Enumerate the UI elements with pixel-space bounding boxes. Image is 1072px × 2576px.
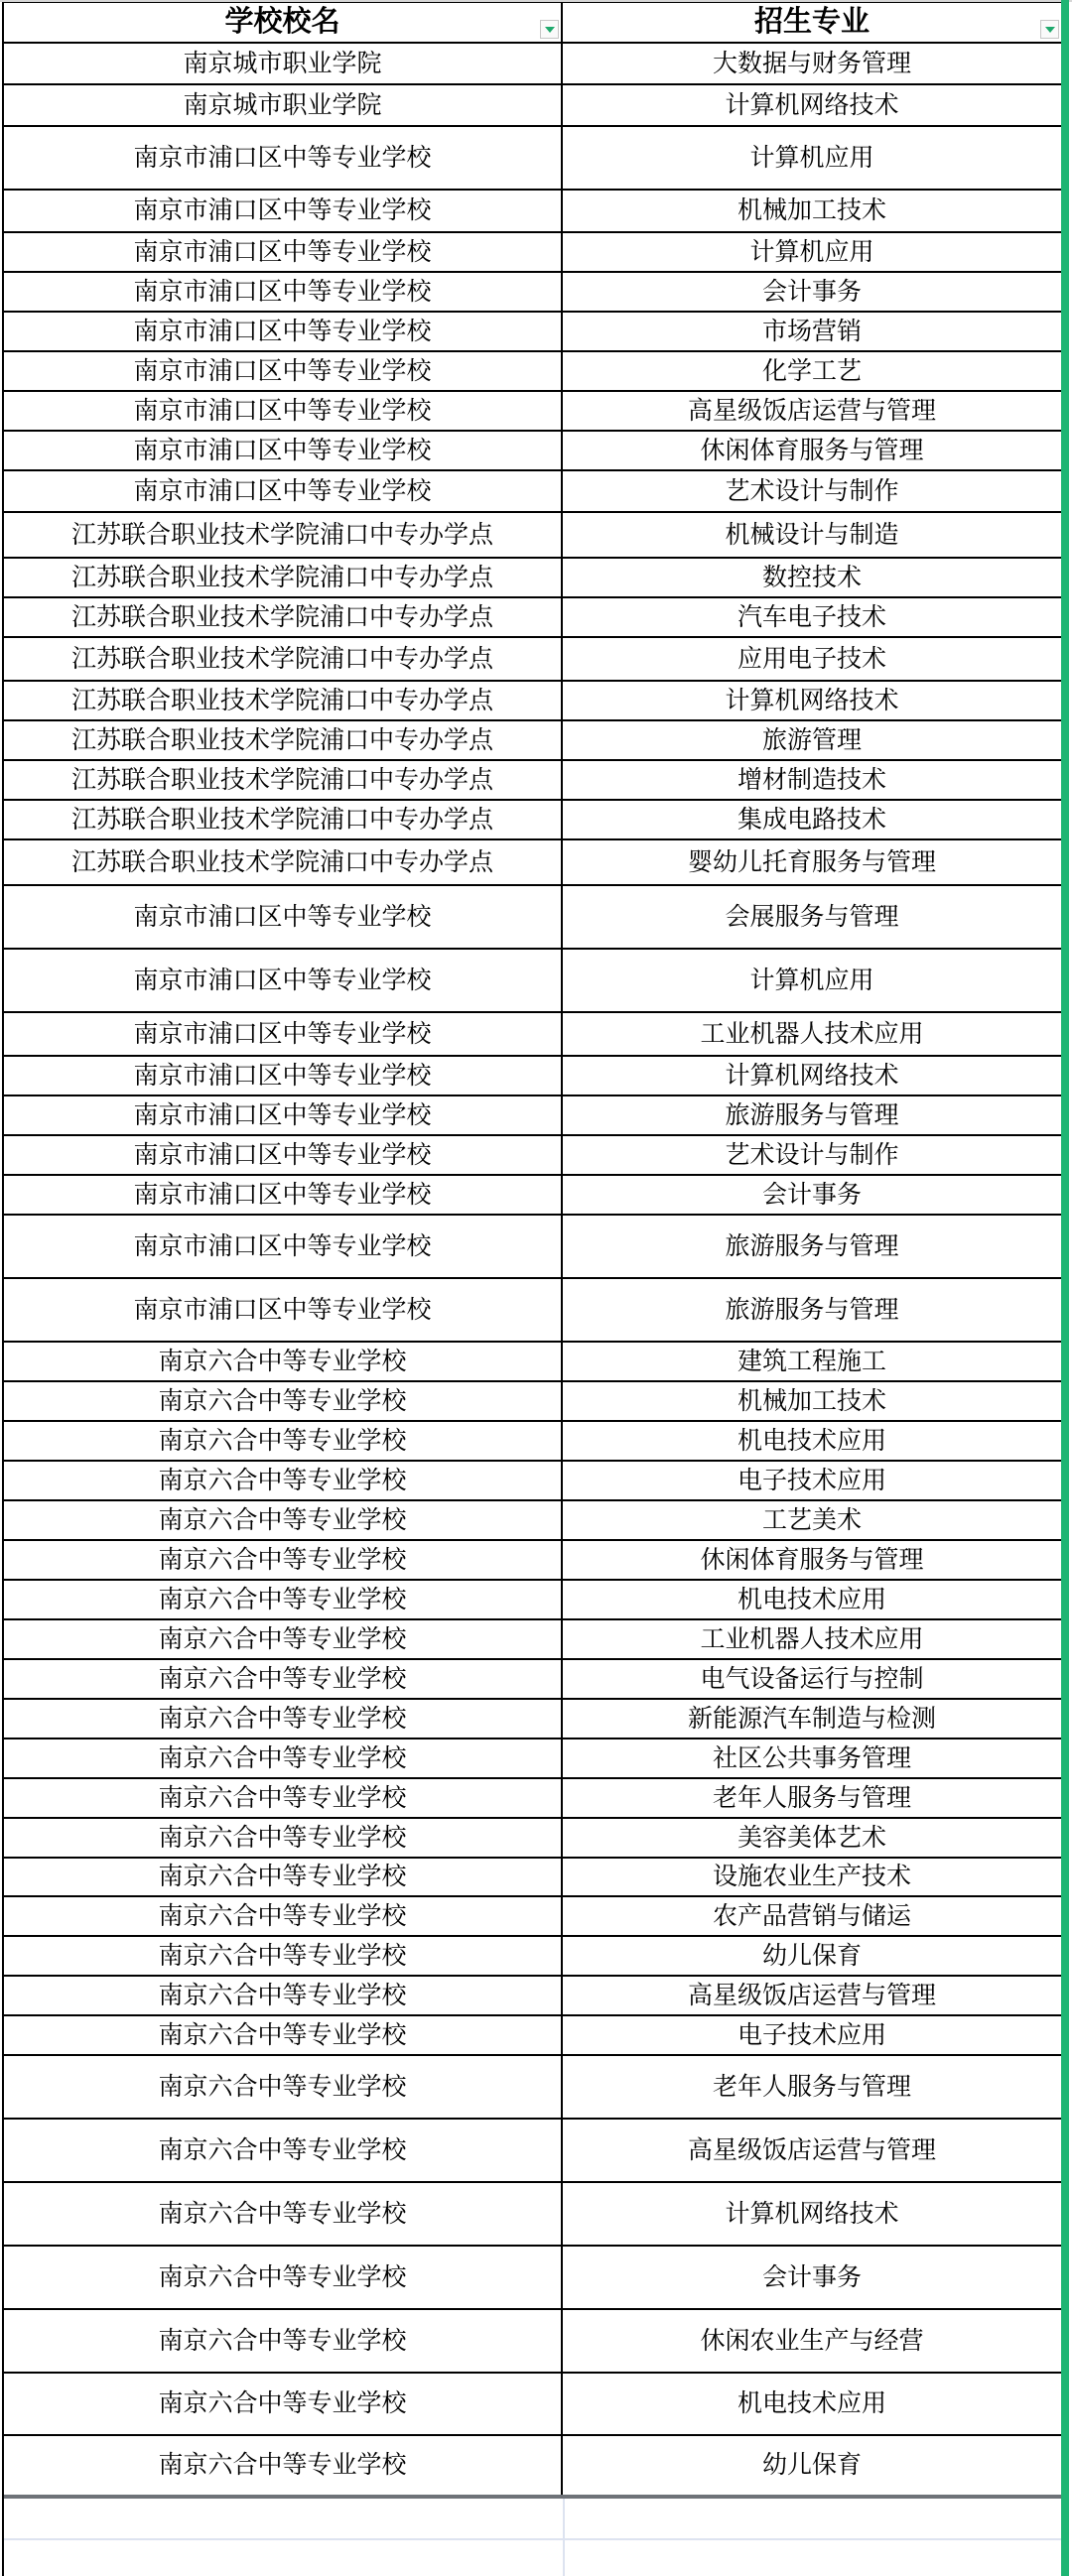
school-cell[interactable]: 南京六合中等专业学校 <box>4 2120 563 2181</box>
enrollment-table: 学校校名 招生专业 南京城市职业学院 大数据与财务管理 南京城市职业学院 计算机… <box>2 1 1061 2576</box>
major-cell[interactable]: 高星级饭店运营与管理 <box>563 2120 1061 2181</box>
table-row: 江苏联合职业技术学院浦口中专办学点 机械设计与制造 <box>4 513 1061 559</box>
school-cell[interactable]: 南京市浦口区中等专业学校 <box>4 392 563 430</box>
table-header-row: 学校校名 招生专业 <box>4 3 1061 44</box>
school-cell[interactable]: 南京六合中等专业学校 <box>4 1660 563 1698</box>
school-cell[interactable]: 江苏联合职业技术学院浦口中专办学点 <box>4 598 563 636</box>
school-cell[interactable]: 南京六合中等专业学校 <box>4 2016 563 2054</box>
school-cell[interactable]: 南京六合中等专业学校 <box>4 1382 563 1420</box>
school-cell[interactable]: 南京市浦口区中等专业学校 <box>4 886 563 948</box>
chevron-down-icon <box>1045 27 1055 33</box>
major-cell[interactable]: 会计事务 <box>563 1176 1061 1214</box>
table-row: 江苏联合职业技术学院浦口中专办学点 计算机网络技术 <box>4 682 1061 721</box>
school-cell[interactable]: 江苏联合职业技术学院浦口中专办学点 <box>4 559 563 596</box>
major-cell[interactable]: 电子技术应用 <box>563 1462 1061 1499</box>
school-cell[interactable]: 南京六合中等专业学校 <box>4 1620 563 1658</box>
table-row: 南京市浦口区中等专业学校 市场营销 <box>4 313 1061 352</box>
table-row: 南京市浦口区中等专业学校 会计事务 <box>4 273 1061 313</box>
school-cell[interactable]: 南京六合中等专业学校 <box>4 2310 563 2372</box>
table-row: 南京六合中等专业学校 机电技术应用 <box>4 1581 1061 1620</box>
table-row: 南京六合中等专业学校 机电技术应用 <box>4 2374 1061 2436</box>
header-cell-major[interactable]: 招生专业 <box>563 3 1061 42</box>
table-row: 南京六合中等专业学校 设施农业生产技术 <box>4 1859 1061 1897</box>
school-cell[interactable]: 江苏联合职业技术学院浦口中专办学点 <box>4 513 563 557</box>
chevron-down-icon <box>545 27 555 33</box>
school-cell[interactable]: 南京六合中等专业学校 <box>4 1779 563 1817</box>
school-cell[interactable]: 江苏联合职业技术学院浦口中专办学点 <box>4 801 563 838</box>
major-cell[interactable]: 计算机应用 <box>563 127 1061 189</box>
major-cell[interactable]: 艺术设计与制作 <box>563 471 1061 511</box>
major-cell[interactable]: 会计事务 <box>563 273 1061 311</box>
major-cell[interactable]: 电子技术应用 <box>563 2016 1061 2054</box>
table-row: 南京六合中等专业学校 老年人服务与管理 <box>4 2056 1061 2120</box>
table-row: 南京六合中等专业学校 电子技术应用 <box>4 1462 1061 1501</box>
school-cell[interactable]: 南京六合中等专业学校 <box>4 1859 563 1895</box>
table-row: 南京六合中等专业学校 工业机器人技术应用 <box>4 1620 1061 1660</box>
major-cell[interactable]: 社区公共事务管理 <box>563 1739 1061 1777</box>
major-cell[interactable]: 计算机网络技术 <box>563 85 1061 125</box>
table-row: 南京六合中等专业学校 建筑工程施工 <box>4 1343 1061 1382</box>
major-cell[interactable]: 休闲体育服务与管理 <box>563 432 1061 469</box>
major-cell[interactable]: 高星级饭店运营与管理 <box>563 1977 1061 2014</box>
table-row: 江苏联合职业技术学院浦口中专办学点 增材制造技术 <box>4 761 1061 801</box>
major-cell[interactable]: 高星级饭店运营与管理 <box>563 392 1061 430</box>
gridline-vertical <box>563 2499 565 2576</box>
table-row: 南京市浦口区中等专业学校 机械加工技术 <box>4 191 1061 233</box>
major-cell[interactable]: 旅游管理 <box>563 721 1061 759</box>
table-row: 南京城市职业学院 大数据与财务管理 <box>4 44 1061 85</box>
table-row: 南京市浦口区中等专业学校 化学工艺 <box>4 352 1061 392</box>
major-cell[interactable]: 机械加工技术 <box>563 191 1061 231</box>
school-cell[interactable]: 江苏联合职业技术学院浦口中专办学点 <box>4 761 563 799</box>
major-cell[interactable]: 集成电路技术 <box>563 801 1061 838</box>
table-row: 南京六合中等专业学校 电气设备运行与控制 <box>4 1660 1061 1700</box>
table-row: 南京六合中等专业学校 幼儿保育 <box>4 2436 1061 2499</box>
table-row: 南京市浦口区中等专业学校 会展服务与管理 <box>4 886 1061 950</box>
school-cell[interactable]: 南京市浦口区中等专业学校 <box>4 950 563 1011</box>
major-cell[interactable]: 应用电子技术 <box>563 638 1061 680</box>
school-cell[interactable]: 南京六合中等专业学校 <box>4 1581 563 1618</box>
table-row: 南京六合中等专业学校 计算机网络技术 <box>4 2183 1061 2247</box>
school-cell[interactable]: 南京市浦口区中等专业学校 <box>4 1216 563 1277</box>
table-row: 南京市浦口区中等专业学校 旅游服务与管理 <box>4 1216 1061 1279</box>
table-row: 南京市浦口区中等专业学校 计算机应用 <box>4 233 1061 273</box>
major-cell[interactable]: 化学工艺 <box>563 352 1061 390</box>
spreadsheet-view: 学校校名 招生专业 南京城市职业学院 大数据与财务管理 南京城市职业学院 计算机… <box>0 0 1072 2576</box>
school-cell[interactable]: 江苏联合职业技术学院浦口中专办学点 <box>4 638 563 680</box>
school-cell[interactable]: 南京六合中等专业学校 <box>4 1700 563 1738</box>
table-row: 南京市浦口区中等专业学校 会计事务 <box>4 1176 1061 1216</box>
school-cell[interactable]: 南京六合中等专业学校 <box>4 1422 563 1460</box>
table-row: 南京市浦口区中等专业学校 艺术设计与制作 <box>4 471 1061 513</box>
school-cell[interactable]: 南京六合中等专业学校 <box>4 1462 563 1499</box>
school-cell[interactable]: 南京六合中等专业学校 <box>4 1819 563 1857</box>
major-cell[interactable]: 休闲体育服务与管理 <box>563 1541 1061 1579</box>
school-cell[interactable]: 南京六合中等专业学校 <box>4 1897 563 1935</box>
school-cell[interactable]: 南京六合中等专业学校 <box>4 2056 563 2118</box>
major-cell[interactable]: 婴幼儿托育服务与管理 <box>563 840 1061 884</box>
table-row: 江苏联合职业技术学院浦口中专办学点 汽车电子技术 <box>4 598 1061 638</box>
table-row: 南京市浦口区中等专业学校 计算机应用 <box>4 950 1061 1013</box>
header-label-major: 招生专业 <box>754 6 870 39</box>
school-cell[interactable]: 南京市浦口区中等专业学校 <box>4 191 563 231</box>
header-cell-school[interactable]: 学校校名 <box>4 3 563 42</box>
school-cell[interactable]: 江苏联合职业技术学院浦口中专办学点 <box>4 682 563 719</box>
major-cell[interactable]: 幼儿保育 <box>563 1937 1061 1975</box>
school-cell[interactable]: 南京市浦口区中等专业学校 <box>4 127 563 189</box>
table-row: 南京六合中等专业学校 休闲农业生产与经营 <box>4 2310 1061 2374</box>
table-row: 南京六合中等专业学校 高星级饭店运营与管理 <box>4 1977 1061 2016</box>
major-cell[interactable]: 机械设计与制造 <box>563 513 1061 557</box>
table-row: 南京市浦口区中等专业学校 工业机器人技术应用 <box>4 1013 1061 1057</box>
major-cell[interactable]: 机械加工技术 <box>563 1382 1061 1420</box>
table-row: 南京六合中等专业学校 工艺美术 <box>4 1501 1061 1541</box>
major-cell[interactable]: 会计事务 <box>563 2247 1061 2308</box>
major-cell[interactable]: 旅游服务与管理 <box>563 1216 1061 1277</box>
school-cell[interactable]: 南京市浦口区中等专业学校 <box>4 273 563 311</box>
major-cell[interactable]: 增材制造技术 <box>563 761 1061 799</box>
school-cell[interactable]: 南京六合中等专业学校 <box>4 2374 563 2434</box>
table-row: 江苏联合职业技术学院浦口中专办学点 旅游管理 <box>4 721 1061 761</box>
school-cell[interactable]: 南京六合中等专业学校 <box>4 1501 563 1539</box>
major-cell[interactable]: 市场营销 <box>563 313 1061 350</box>
school-cell[interactable]: 南京市浦口区中等专业学校 <box>4 352 563 390</box>
school-cell[interactable]: 南京城市职业学院 <box>4 44 563 83</box>
major-cell[interactable]: 农产品营销与储运 <box>563 1897 1061 1935</box>
major-cell[interactable]: 机电技术应用 <box>563 2374 1061 2434</box>
school-cell[interactable]: 江苏联合职业技术学院浦口中专办学点 <box>4 840 563 884</box>
filter-button-major[interactable] <box>1040 20 1059 39</box>
school-cell[interactable]: 南京市浦口区中等专业学校 <box>4 1096 563 1134</box>
table-row: 南京市浦口区中等专业学校 计算机应用 <box>4 127 1061 191</box>
selection-border-right <box>1061 0 1069 2576</box>
table-row: 南京六合中等专业学校 高星级饭店运营与管理 <box>4 2120 1061 2183</box>
major-cell[interactable]: 工业机器人技术应用 <box>563 1013 1061 1055</box>
school-cell[interactable]: 南京六合中等专业学校 <box>4 1541 563 1579</box>
major-cell[interactable]: 计算机网络技术 <box>563 2183 1061 2245</box>
major-cell[interactable]: 艺术设计与制作 <box>563 1136 1061 1174</box>
school-cell[interactable]: 南京六合中等专业学校 <box>4 1739 563 1777</box>
table-row: 南京市浦口区中等专业学校 高星级饭店运营与管理 <box>4 392 1061 432</box>
major-cell[interactable]: 汽车电子技术 <box>563 598 1061 636</box>
table-row: 南京城市职业学院 计算机网络技术 <box>4 85 1061 127</box>
school-cell[interactable]: 南京市浦口区中等专业学校 <box>4 313 563 350</box>
major-cell[interactable]: 工业机器人技术应用 <box>563 1620 1061 1658</box>
school-cell[interactable]: 南京六合中等专业学校 <box>4 2183 563 2245</box>
school-cell[interactable]: 南京六合中等专业学校 <box>4 1977 563 2014</box>
school-cell[interactable]: 南京六合中等专业学校 <box>4 1937 563 1975</box>
major-cell[interactable]: 机电技术应用 <box>563 1581 1061 1618</box>
table-row: 南京六合中等专业学校 会计事务 <box>4 2247 1061 2310</box>
major-cell[interactable]: 电气设备运行与控制 <box>563 1660 1061 1698</box>
table-row: 南京市浦口区中等专业学校 旅游服务与管理 <box>4 1096 1061 1136</box>
major-cell[interactable]: 老年人服务与管理 <box>563 2056 1061 2118</box>
table-row: 南京六合中等专业学校 农产品营销与储运 <box>4 1897 1061 1937</box>
empty-rows-area[interactable] <box>4 2499 1061 2576</box>
school-cell[interactable]: 江苏联合职业技术学院浦口中专办学点 <box>4 721 563 759</box>
major-cell[interactable]: 工艺美术 <box>563 1501 1061 1539</box>
table-row: 南京六合中等专业学校 电子技术应用 <box>4 2016 1061 2056</box>
major-cell[interactable]: 幼儿保育 <box>563 2436 1061 2495</box>
table-row: 南京六合中等专业学校 社区公共事务管理 <box>4 1739 1061 1779</box>
table-row: 南京六合中等专业学校 机电技术应用 <box>4 1422 1061 1462</box>
major-cell[interactable]: 计算机网络技术 <box>563 682 1061 719</box>
school-cell[interactable]: 南京市浦口区中等专业学校 <box>4 1279 563 1341</box>
major-cell[interactable]: 美容美体艺术 <box>563 1819 1061 1857</box>
major-cell[interactable]: 机电技术应用 <box>563 1422 1061 1460</box>
major-cell[interactable]: 休闲农业生产与经营 <box>563 2310 1061 2372</box>
school-cell[interactable]: 南京市浦口区中等专业学校 <box>4 432 563 469</box>
school-cell[interactable]: 南京六合中等专业学校 <box>4 2436 563 2495</box>
table-row: 南京六合中等专业学校 新能源汽车制造与检测 <box>4 1700 1061 1739</box>
table-row: 江苏联合职业技术学院浦口中专办学点 数控技术 <box>4 559 1061 598</box>
table-row: 南京六合中等专业学校 老年人服务与管理 <box>4 1779 1061 1819</box>
major-cell[interactable]: 数控技术 <box>563 559 1061 596</box>
school-cell[interactable]: 南京六合中等专业学校 <box>4 1343 563 1380</box>
table-row: 江苏联合职业技术学院浦口中专办学点 婴幼儿托育服务与管理 <box>4 840 1061 886</box>
school-cell[interactable]: 南京市浦口区中等专业学校 <box>4 471 563 511</box>
top-edge-strip <box>0 0 1072 2</box>
major-cell[interactable]: 计算机网络技术 <box>563 1057 1061 1095</box>
gridline-horizontal <box>4 2538 1061 2540</box>
header-label-school: 学校校名 <box>224 6 339 39</box>
major-cell[interactable]: 会展服务与管理 <box>563 886 1061 948</box>
school-cell[interactable]: 南京市浦口区中等专业学校 <box>4 1136 563 1174</box>
filter-button-school[interactable] <box>540 20 559 39</box>
table-row: 南京六合中等专业学校 幼儿保育 <box>4 1937 1061 1977</box>
school-cell[interactable]: 南京市浦口区中等专业学校 <box>4 1176 563 1214</box>
school-cell[interactable]: 南京城市职业学院 <box>4 85 563 125</box>
major-cell[interactable]: 旅游服务与管理 <box>563 1279 1061 1341</box>
table-row: 南京六合中等专业学校 美容美体艺术 <box>4 1819 1061 1859</box>
school-cell[interactable]: 南京市浦口区中等专业学校 <box>4 1013 563 1055</box>
major-cell[interactable]: 设施农业生产技术 <box>563 1859 1061 1895</box>
major-cell[interactable]: 计算机应用 <box>563 950 1061 1011</box>
table-row: 南京市浦口区中等专业学校 计算机网络技术 <box>4 1057 1061 1096</box>
table-row: 江苏联合职业技术学院浦口中专办学点 应用电子技术 <box>4 638 1061 682</box>
major-cell[interactable]: 大数据与财务管理 <box>563 44 1061 83</box>
table-body: 南京城市职业学院 大数据与财务管理 南京城市职业学院 计算机网络技术 南京市浦口… <box>4 44 1061 2499</box>
major-cell[interactable]: 计算机应用 <box>563 233 1061 271</box>
school-cell[interactable]: 南京市浦口区中等专业学校 <box>4 233 563 271</box>
table-row: 南京市浦口区中等专业学校 旅游服务与管理 <box>4 1279 1061 1343</box>
table-row: 南京市浦口区中等专业学校 休闲体育服务与管理 <box>4 432 1061 471</box>
table-row: 江苏联合职业技术学院浦口中专办学点 集成电路技术 <box>4 801 1061 840</box>
school-cell[interactable]: 南京市浦口区中等专业学校 <box>4 1057 563 1095</box>
table-row: 南京市浦口区中等专业学校 艺术设计与制作 <box>4 1136 1061 1176</box>
school-cell[interactable]: 南京六合中等专业学校 <box>4 2247 563 2308</box>
major-cell[interactable]: 旅游服务与管理 <box>563 1096 1061 1134</box>
table-row: 南京六合中等专业学校 机械加工技术 <box>4 1382 1061 1422</box>
major-cell[interactable]: 老年人服务与管理 <box>563 1779 1061 1817</box>
major-cell[interactable]: 新能源汽车制造与检测 <box>563 1700 1061 1738</box>
major-cell[interactable]: 建筑工程施工 <box>563 1343 1061 1380</box>
table-row: 南京六合中等专业学校 休闲体育服务与管理 <box>4 1541 1061 1581</box>
